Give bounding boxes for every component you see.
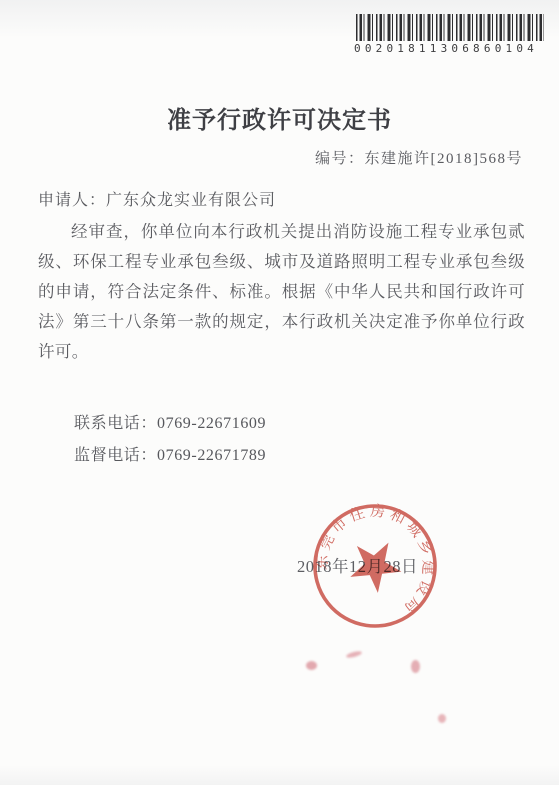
- barcode: 00201811306860104: [356, 14, 544, 54]
- applicant-line: 申请人：广东众龙实业有限公司: [38, 187, 276, 210]
- supervision-phone-line: 监督电话：0769-22671789: [74, 442, 266, 465]
- contact-phone-line: 联系电话：0769-22671609: [74, 410, 266, 433]
- official-seal: 东莞市住房和城乡建设局: [279, 470, 470, 661]
- barcode-bars-icon: [356, 14, 544, 41]
- scan-shading: [0, 765, 559, 785]
- scanned-document-page: 00201811306860104 准予行政许可决定书 编号：东建施许[2018…: [0, 0, 559, 785]
- seal-star-icon: [342, 530, 411, 598]
- ink-smudge: [438, 714, 446, 723]
- ink-smudge: [346, 650, 363, 659]
- body-paragraph: 经审查，你单位向本行政机关提出消防设施工程专业承包贰级、环保工程专业承包叁级、城…: [38, 217, 525, 367]
- ink-smudge: [411, 660, 420, 673]
- document-title: 准予行政许可决定书: [0, 100, 559, 135]
- document-number: 编号：东建施许[2018]568号: [315, 147, 523, 168]
- barcode-number: 00201811306860104: [354, 42, 546, 55]
- ink-smudge: [306, 661, 317, 670]
